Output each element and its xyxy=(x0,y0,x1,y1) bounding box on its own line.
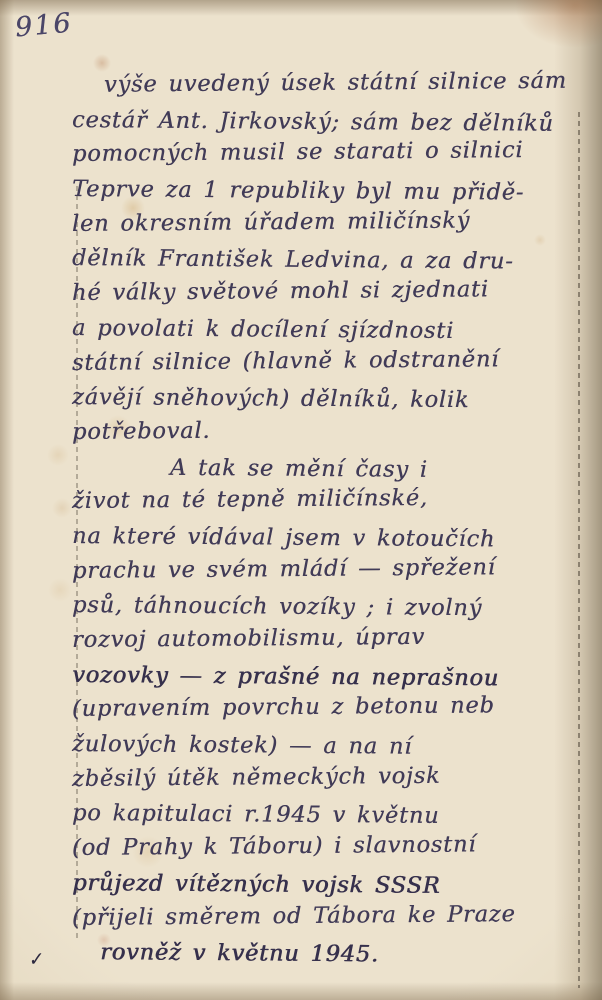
manuscript-page: 916 výše uvedený úsek státní silnice sám… xyxy=(0,0,602,1000)
manuscript-text: výše uvedený úsek státní silnice sám ces… xyxy=(72,68,584,970)
manuscript-line: hé války světové mohl si zjednati xyxy=(72,272,584,311)
manuscript-line: zběsilý útěk německých vojsk xyxy=(72,757,584,796)
checkmark-icon: ✓ xyxy=(26,949,44,971)
manuscript-line: prachu ve svém mládí — spřežení xyxy=(72,549,584,588)
manuscript-line: (upravením povrchu z betonu neb xyxy=(72,688,584,727)
manuscript-line: rozvoj automobilismu, úprav xyxy=(72,619,584,658)
manuscript-line: pomocných musil se starati o silnici xyxy=(72,133,584,172)
manuscript-line: (od Prahy k Táboru) i slavnostní xyxy=(72,827,584,866)
manuscript-line: rovněž v květnu 1945. xyxy=(72,935,584,974)
manuscript-line: len okresním úřadem miličínský xyxy=(72,202,584,241)
manuscript-line: život na té tepně miličínské, xyxy=(72,480,584,519)
manuscript-line: (přijeli směrem od Tábora ke Praze xyxy=(72,896,584,935)
manuscript-line: potřeboval. xyxy=(72,410,584,449)
page-number: 916 xyxy=(14,8,74,44)
manuscript-line: výše uvedený úsek státní silnice sám xyxy=(72,64,584,103)
manuscript-line: státní silnice (hlavně k odstranění xyxy=(72,341,584,380)
